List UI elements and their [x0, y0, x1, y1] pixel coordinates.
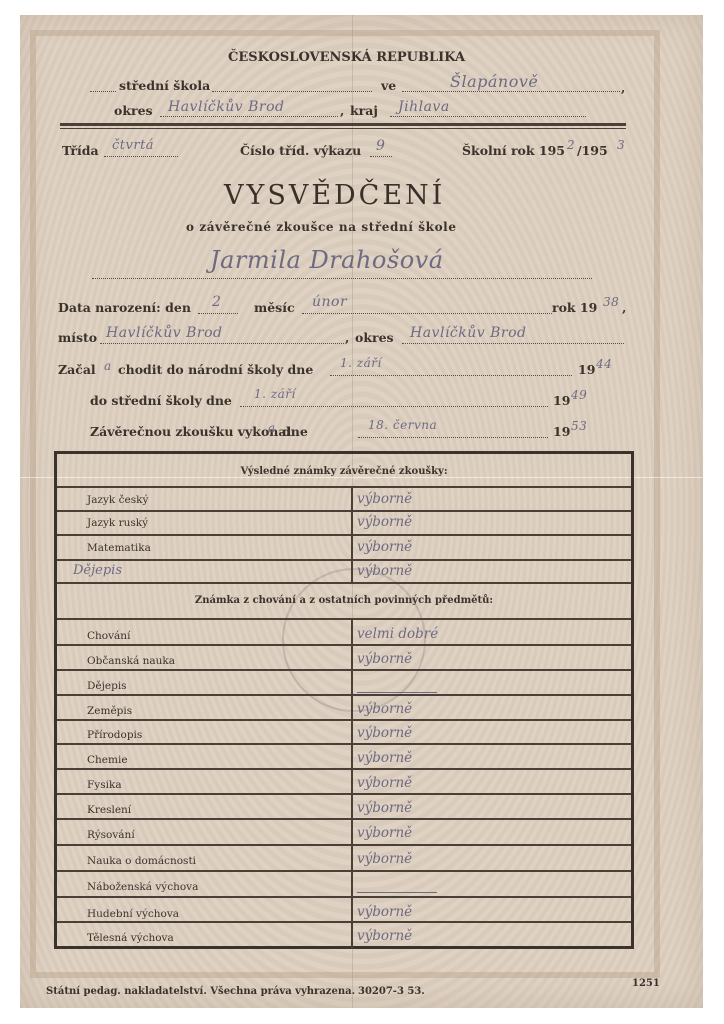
register-label: Číslo tříd. výkazu	[240, 143, 361, 158]
grade-value: výborně	[357, 928, 412, 944]
school-town-value: Šlapánově	[450, 72, 538, 91]
grade-value: výborně	[357, 725, 412, 741]
secondary-year: 49	[571, 388, 587, 402]
birth-place-value: Havlíčkův Brod	[106, 325, 223, 341]
grade-value: výborně	[357, 904, 412, 920]
row-divider	[57, 743, 631, 745]
district-label: okres	[114, 103, 153, 118]
started-label-b: chodit do národní školy dne	[118, 362, 313, 377]
subject-label: Jazyk český	[87, 494, 148, 506]
birth-place-label: místo	[58, 330, 97, 345]
subject-label: Tělesná výchova	[87, 932, 174, 944]
dotted-line	[100, 343, 344, 344]
header-rule	[60, 123, 626, 126]
started-date: 1. září	[340, 356, 382, 370]
grade-value: výborně	[357, 651, 412, 667]
row-divider	[57, 694, 631, 696]
other-grades-heading: Známka z chování a z ostatních povinných…	[57, 595, 631, 606]
grade-value: výborně	[357, 563, 412, 579]
dotted-line	[104, 156, 178, 157]
subject-label: Kreslení	[87, 804, 131, 816]
school-year-sep: /195	[577, 143, 608, 158]
grade-value: výborně	[357, 750, 412, 766]
subject-label: Zeměpis	[87, 705, 132, 717]
dotted-line	[302, 313, 552, 314]
subject-label: Matematika	[87, 542, 151, 554]
birth-district-value: Havlíčkův Brod	[410, 325, 527, 341]
region-label: kraj	[350, 103, 378, 118]
class-label: Třída	[62, 143, 99, 158]
no-grade-dash	[357, 892, 437, 893]
subject-label: Hudební výchova	[87, 908, 179, 920]
document-subtitle: o závěrečné zkoušce na střední škole	[186, 220, 457, 234]
birth-day-label: Data narození: den	[58, 300, 191, 315]
dotted-line	[402, 91, 620, 92]
publisher-note: Státní pedag. nakladatelství. Všechna pr…	[46, 986, 355, 997]
dotted-line	[358, 437, 548, 438]
school-year-b: 3	[617, 138, 625, 152]
row-divider	[57, 559, 631, 561]
document-title: VYSVĚDČENÍ	[224, 180, 445, 211]
grade-value: výborně	[357, 825, 412, 841]
secondary-label: do střední školy dne	[90, 393, 232, 408]
exam-label-b: dne	[282, 424, 308, 439]
subject-label: Dějepis	[87, 680, 127, 692]
exam-grades-heading: Výsledné známky závěrečné zkoušky:	[57, 466, 631, 477]
birth-day-value: 2	[212, 294, 221, 310]
subject-label: Přírodopis	[87, 729, 142, 741]
grade-value: výborně	[357, 539, 412, 555]
dotted-line	[198, 313, 238, 314]
dotted-line	[212, 91, 372, 92]
region-value: Jihlava	[398, 99, 450, 115]
dotted-line	[240, 406, 548, 407]
started-year: 44	[596, 357, 612, 371]
print-code: 30207-3 53.	[358, 986, 425, 997]
birth-month-label: měsíc	[254, 300, 295, 315]
birth-district-label: okres	[355, 330, 394, 345]
school-year-a: 2	[567, 138, 575, 152]
subject-label: Náboženská výchova	[87, 881, 198, 893]
state-heading: ČESKOSLOVENSKÁ REPUBLIKA	[228, 50, 465, 65]
comma: ,	[340, 103, 344, 118]
row-divider	[57, 719, 631, 721]
school-label: střední škola	[119, 78, 210, 93]
dotted-line	[330, 375, 572, 376]
grade-value: výborně	[357, 800, 412, 816]
row-divider	[57, 793, 631, 795]
row-divider	[57, 534, 631, 536]
register-value: 9	[376, 138, 385, 154]
no-grade-dash	[357, 692, 437, 693]
grade-value: výborně	[357, 851, 412, 867]
row-divider	[57, 870, 631, 872]
dotted-line	[402, 343, 624, 344]
row-divider	[57, 921, 631, 923]
exam-date: 18. června	[368, 418, 437, 432]
subject-label: Fysika	[87, 779, 122, 791]
dotted-line	[160, 116, 338, 117]
exam-label-a: Závěrečnou zkoušku vykonal	[90, 424, 291, 439]
started-year-prefix: 19	[578, 362, 595, 377]
row-divider	[57, 669, 631, 671]
header-rule-thin	[60, 128, 626, 129]
grades-table: Výsledné známky závěrečné zkoušky: Jazyk…	[54, 451, 634, 949]
dotted-line	[390, 116, 586, 117]
exam-year: 53	[571, 419, 587, 433]
started-label-a: Začal	[58, 362, 96, 377]
secondary-date: 1. září	[254, 387, 296, 401]
name-dotted-line	[92, 278, 592, 279]
exam-year-prefix: 19	[553, 424, 570, 439]
dotted-line	[370, 156, 392, 157]
started-suffix: a	[104, 359, 112, 373]
row-divider	[57, 510, 631, 512]
row-divider	[57, 844, 631, 846]
district-value: Havlíčkův Brod	[168, 99, 285, 115]
subject-label: Nauka o domácnosti	[87, 855, 196, 867]
column-divider	[351, 618, 353, 949]
subject-label: Rýsování	[87, 829, 135, 841]
row-divider	[57, 644, 631, 646]
student-name: Jarmila Drahošová	[210, 246, 444, 274]
birth-year-label: rok 19	[552, 300, 597, 315]
birth-year-value: 38	[603, 295, 619, 309]
comma: ,	[622, 300, 626, 315]
subject-label-handwritten: Dějepis	[73, 563, 122, 578]
row-divider	[57, 818, 631, 820]
dotted-line	[90, 91, 116, 92]
grade-value: výborně	[357, 701, 412, 717]
secondary-year-prefix: 19	[553, 393, 570, 408]
in-label: ve	[381, 78, 396, 93]
grade-value: výborně	[357, 775, 412, 791]
row-divider	[57, 896, 631, 898]
comma: ,	[345, 330, 349, 345]
school-year-label: Školní rok 195	[462, 143, 565, 158]
birth-month-value: únor	[312, 294, 347, 310]
row-divider	[57, 768, 631, 770]
subject-label: Chování	[87, 630, 130, 642]
comma: ,	[621, 80, 625, 95]
subject-label: Jazyk ruský	[87, 517, 148, 529]
grade-value: velmi dobré	[357, 626, 438, 642]
subject-label: Chemie	[87, 754, 128, 766]
row-divider	[57, 582, 631, 584]
grade-value: výborně	[357, 514, 412, 530]
row-divider	[57, 618, 631, 620]
row-divider	[57, 486, 631, 488]
form-number: 1251	[632, 978, 660, 989]
grade-value: výborně	[357, 491, 412, 507]
exam-suffix: a	[268, 421, 276, 435]
subject-label: Občanská nauka	[87, 655, 175, 667]
class-value: čtvrtá	[112, 138, 154, 153]
